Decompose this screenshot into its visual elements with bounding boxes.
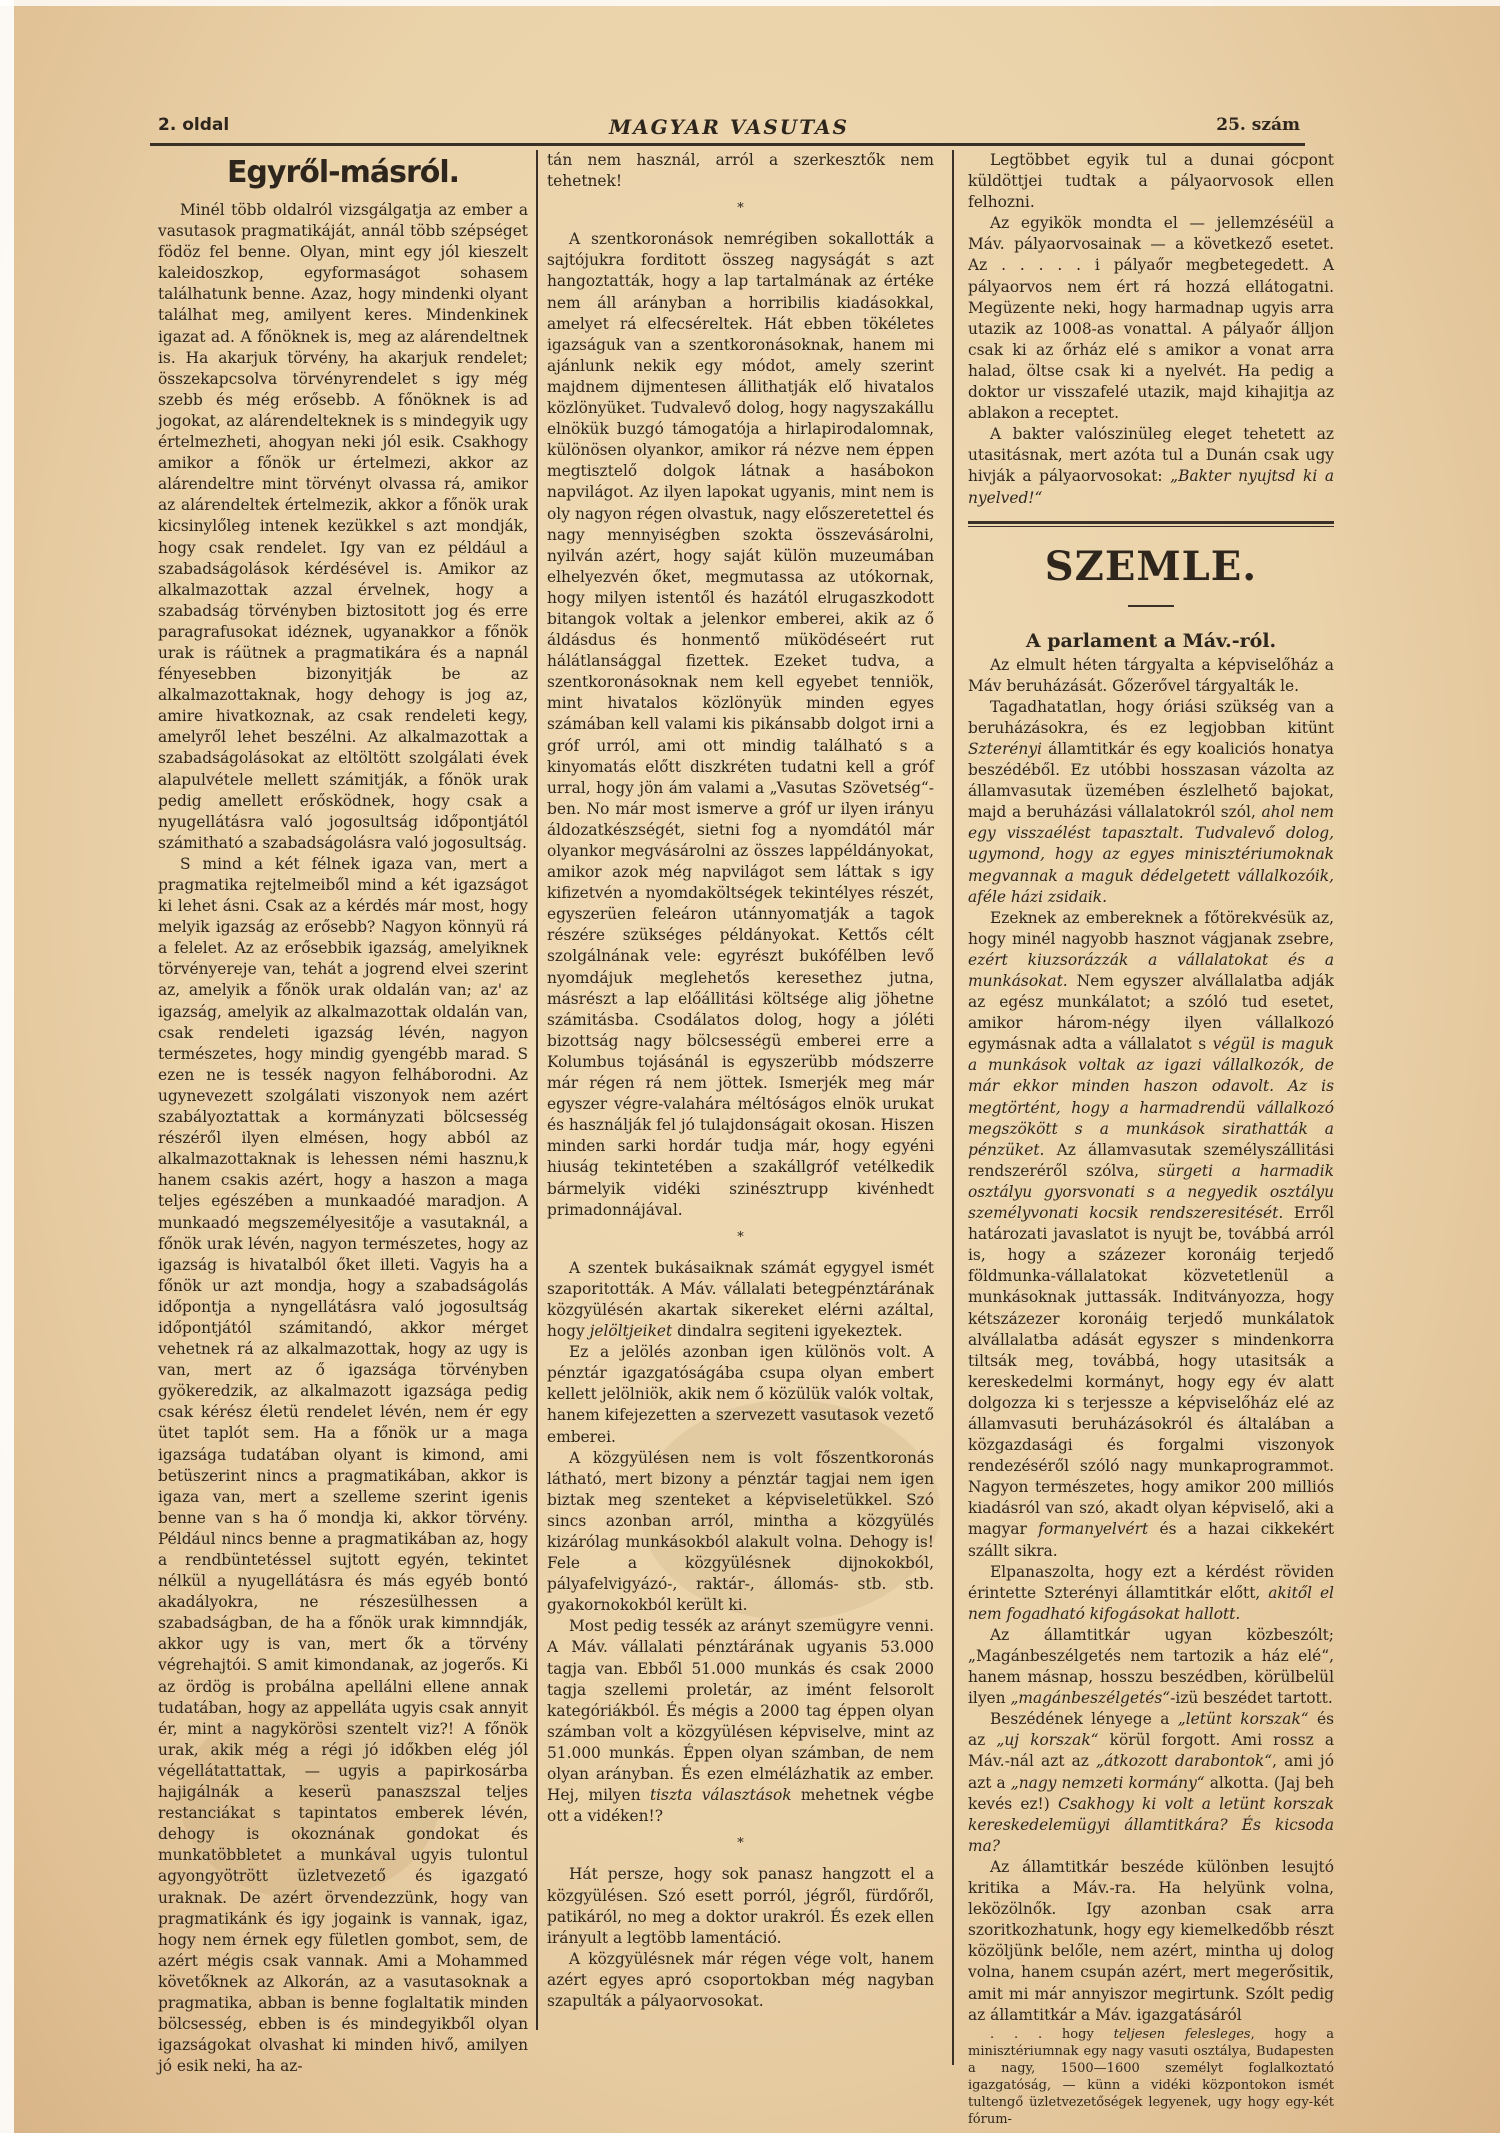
article-paragraph: tán nem használ, arról a szerkesztők nem… [547, 150, 934, 192]
article-paragraph: Legtöbbet egyik tul a dunai gócpont küld… [968, 150, 1334, 213]
article-paragraph: Az egyikök mondta el — jellemzéséül a Má… [968, 213, 1334, 424]
article-paragraph: Most pedig tessék az arányt szemügyre ve… [547, 1616, 934, 1827]
column-middle: tán nem használ, arról a szerkesztők nem… [547, 150, 934, 2012]
article-paragraph: A szentek bukásaiknak számát egygyel ism… [547, 1258, 934, 1342]
scan-edge-left [0, 0, 14, 2133]
title-underline [1128, 605, 1174, 607]
issue-number: 25. szám [1216, 115, 1300, 135]
publication-title: MAGYAR VASUTAS [158, 115, 1300, 139]
article-paragraph: Minél több oldalról vizsgálgatja az embe… [158, 200, 528, 854]
article-paragraph: A közgyülésnek már régen vége volt, hane… [547, 1949, 934, 2012]
article-paragraph: Az elmult héten tárgyalta a képviselőház… [968, 655, 1334, 697]
section-title-szemle: SZEMLE. [968, 545, 1334, 589]
page-header: 2. oldal MAGYAR VASUTAS 25. szám [158, 115, 1300, 145]
article-paragraph: Beszédének lényege a „letünt korszak“ és… [968, 1709, 1334, 1857]
column-divider [952, 150, 954, 2065]
column-egyrol-masrol: Egyről-másról. Minél több oldalról vizsg… [158, 150, 528, 2077]
article-paragraph: A közgyülésen nem is volt főszentkoronás… [547, 1448, 934, 1617]
section-separator: * [547, 1833, 934, 1854]
article-title: Egyről-másról. [158, 152, 528, 194]
quoted-excerpt: . . . hogy teljesen felesleges, hogy a m… [968, 2026, 1334, 2128]
scan-edge-top [0, 0, 1500, 6]
article-paragraph: S mind a két félnek igaza van, mert a pr… [158, 854, 528, 2077]
section-double-rule [968, 521, 1334, 527]
section-separator: * [547, 1227, 934, 1248]
article-paragraph: Ezeknek az embereknek a főtörekvésük az,… [968, 908, 1334, 1562]
article-paragraph: Hát persze, hogy sok panasz hangzott el … [547, 1864, 934, 1948]
column-right: Legtöbbet egyik tul a dunai gócpont küld… [968, 150, 1334, 2128]
article-paragraph: Tagadhatatlan, hogy óriási szükség van a… [968, 697, 1334, 908]
section-separator: * [547, 198, 934, 219]
article-paragraph: A bakter valószinüleg eleget tehetett az… [968, 424, 1334, 508]
article-paragraph: Elpanaszolta, hogy ezt a kérdést röviden… [968, 1562, 1334, 1625]
article-paragraph: Ez a jelölés azonban igen különös volt. … [547, 1342, 934, 1447]
column-divider [536, 150, 538, 2030]
article-paragraph: A szentkoronások nemrégiben sokallották … [547, 229, 934, 1220]
article-paragraph: Az államtitkár beszéde különben lesujtó … [968, 1857, 1334, 2026]
header-rule [150, 143, 1305, 146]
article-subheading: A parlament a Máv.-ról. [968, 629, 1334, 653]
article-paragraph: Az államtitkár ugyan közbeszólt; „Magánb… [968, 1625, 1334, 1709]
